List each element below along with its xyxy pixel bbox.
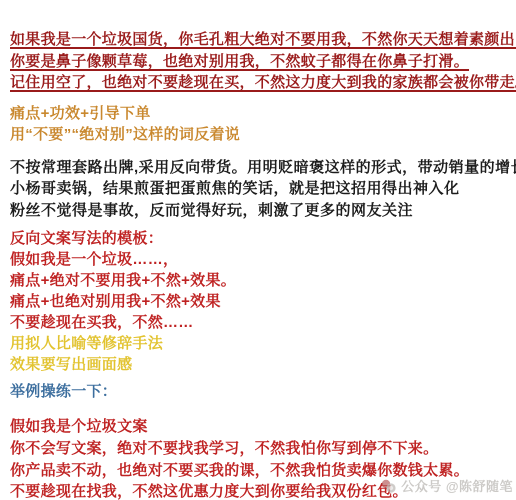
text-line: 痛点+绝对不要用我+不然+效果。 (10, 270, 510, 291)
text-line: 假如我是一个垃圾……， (10, 249, 510, 270)
text-line: 不按常理套路出牌,采用反向带货。用明贬暗褒这样的形式，带动销量的增长 (10, 157, 510, 179)
template-list-block: 反向文案写法的模板： 假如我是一个垃圾……， 痛点+绝对不要用我+不然+效果。 … (10, 228, 510, 333)
document-page: 如果我是一个垃圾国货，你毛孔粗大绝对不要用我，不然你天天想着素颜出门。 你要是鼻… (0, 0, 516, 500)
text-line: 痛点+功效+引导下单 (10, 103, 510, 125)
text-line: 效果要写出画面感 (10, 354, 510, 375)
analysis-paragraph: 不按常理套路出牌,采用反向带货。用明贬暗褒这样的形式，带动销量的增长 小杨哥卖锅… (10, 157, 510, 222)
practice-heading: 举例操练一下： (10, 381, 510, 402)
text-line: 你不会写文案，绝对不要找我学习，不然我怕你写到停不下来。 (10, 438, 510, 460)
text-line: 不要趁现在买我，不然…… (10, 312, 510, 333)
watermark-text: 公众号 @陈舒随笔 (401, 476, 513, 495)
document-content: 如果我是一个垃圾国货，你毛孔粗大绝对不要用我，不然你天天想着素颜出门。 你要是鼻… (0, 0, 516, 500)
text-line: 用“不要”“绝对别”这样的词反着说 (10, 124, 510, 146)
text-line: 假如我是个垃圾文案 (10, 416, 510, 438)
watermark: 公众号 @陈舒随笔 (381, 476, 513, 495)
technique-summary-block: 痛点+功效+引导下单 用“不要”“绝对别”这样的词反着说 (10, 103, 510, 146)
text-line: 举例操练一下： (10, 381, 510, 402)
text-line: 你要是鼻子像颗草莓，也绝对别用我，不然蚊子都得在你鼻子打滑。 (10, 51, 510, 73)
text-line: 痛点+也绝对别用我+不然+效果 (10, 291, 510, 312)
hook-copy-block: 如果我是一个垃圾国货，你毛孔粗大绝对不要用我，不然你天天想着素颜出门。 你要是鼻… (10, 29, 510, 94)
watermark-logo-icon (381, 478, 397, 494)
text-line: 反向文案写法的模板： (10, 228, 510, 249)
text-line: 记住用空了，也绝对不要趁现在买，不然这力度大到我的家族都会被你带走。 (10, 72, 510, 94)
text-line: 如果我是一个垃圾国货，你毛孔粗大绝对不要用我，不然你天天想着素颜出门。 (10, 29, 510, 51)
tips-block: 用拟人比喻等修辞手法 效果要写出画面感 (10, 333, 510, 375)
text-line: 粉丝不觉得是事故，反而觉得好玩，刺激了更多的网友关注 (10, 200, 510, 222)
text-line: 用拟人比喻等修辞手法 (10, 333, 510, 354)
text-line: 小杨哥卖锅，结果煎蛋把蛋煎焦的笑话，就是把这招用得出神入化 (10, 178, 510, 200)
